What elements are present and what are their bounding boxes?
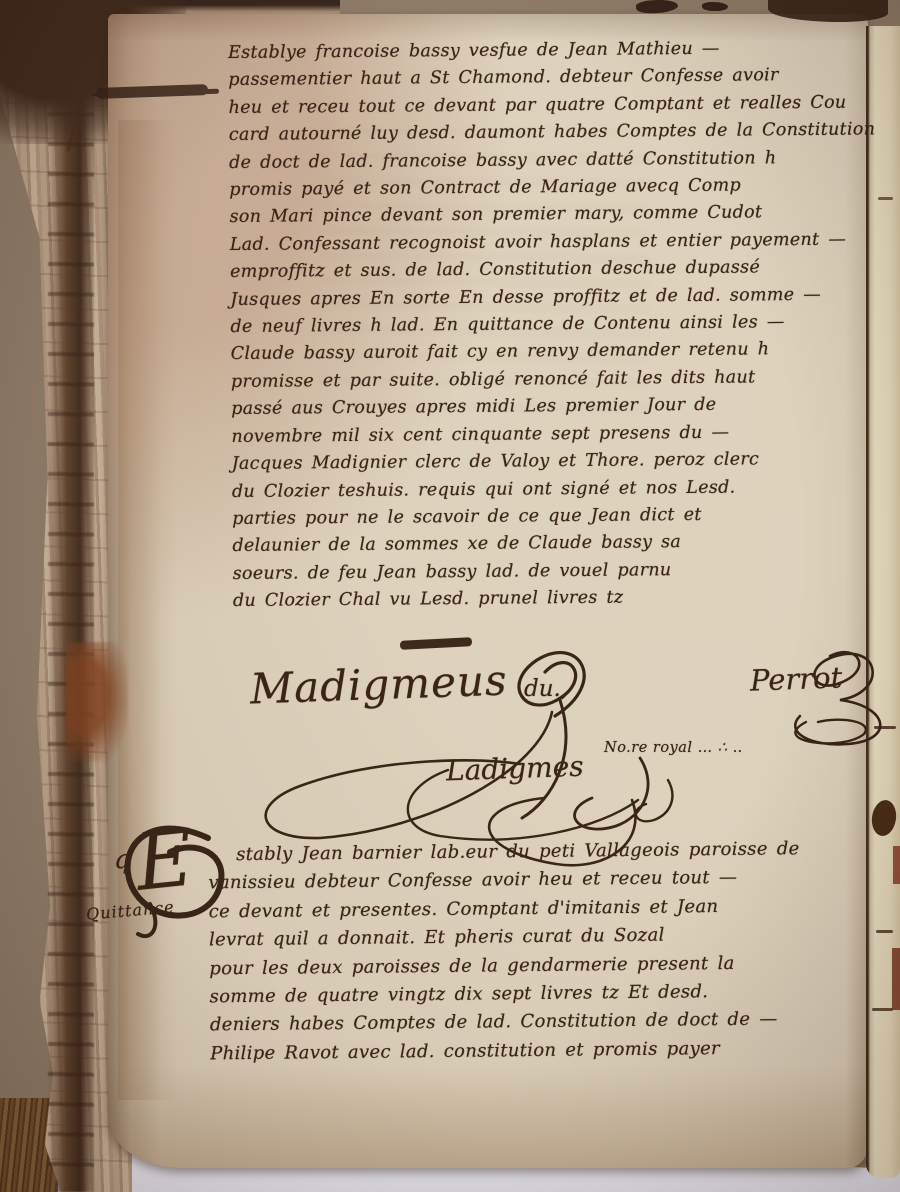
page-stack-seam bbox=[48, 0, 94, 1192]
top-edge-debris bbox=[702, 2, 728, 11]
signature-ladignier: Ladigmes bbox=[445, 750, 584, 788]
paragraph-mark: q bbox=[114, 845, 131, 875]
manuscript-line: du Clozier Chal vu Lesd. prunel livres t… bbox=[233, 582, 881, 615]
ink-dash bbox=[878, 197, 893, 200]
act2-text-block: stably Jean barnier lab.eur du peti Vall… bbox=[150, 834, 882, 1069]
signature-madignier: Madigmeus bbox=[249, 656, 508, 714]
top-edge-debris bbox=[636, 0, 679, 14]
notary-royal-title: No.re royal … ∴ ‥ bbox=[604, 740, 743, 756]
red-edge-mark bbox=[893, 846, 900, 884]
red-edge-mark bbox=[892, 948, 900, 1010]
signature-small-mark: du., bbox=[524, 676, 568, 702]
act1-text-block: Establye francoise bassy vesfue de Jean … bbox=[228, 34, 881, 615]
signature-perrot: Perrot bbox=[749, 660, 842, 697]
ink-dash bbox=[874, 726, 896, 729]
manuscript-line: card autourné luy desd. daumont habes Co… bbox=[229, 117, 877, 150]
